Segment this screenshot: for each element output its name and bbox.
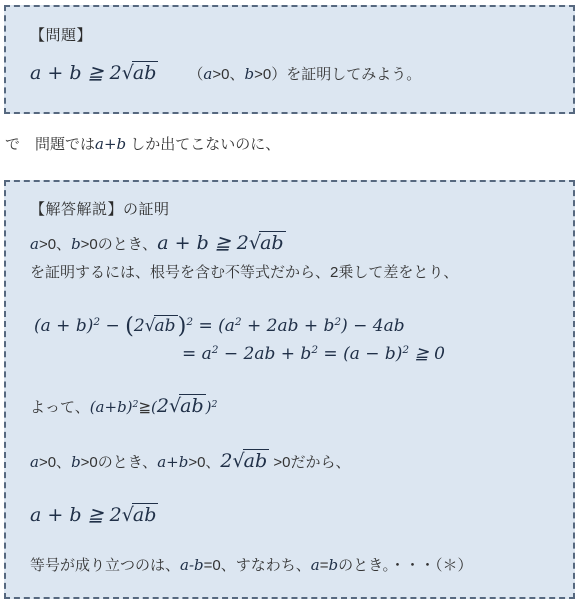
solution-line-result: a + b ≧ 2√ab [30,501,561,530]
interlude-text: で 問題ではa+b しか出てこないのに、 [5,133,579,154]
problem-formula-row: a + b ≧ 2√ab （a>0、b>0）を証明してみよう。 [30,59,559,88]
problem-box: 【問題】 a + b ≧ 2√ab （a>0、b>0）を証明してみよう。 [4,5,575,114]
solution-line-therefore: よって、(a+b)2≧(2√ab)2 [30,392,561,421]
solution-line-positive: a>0、b>0のとき、a+b>0、2√ab >0だから、 [30,447,561,476]
solution-line-given: a>0、b>0のとき、a + b ≧ 2√ab [30,229,561,258]
problem-condition: （a>0、b>0）を証明してみよう。 [188,63,421,87]
problem-title: 【問題】 [30,24,559,45]
solution-box: 【解答解説】の証明 a>0、b>0のとき、a + b ≧ 2√ab を証明するに… [4,180,575,600]
problem-formula: a + b ≧ 2√ab [30,59,158,88]
solution-equation-simplify: = a2 − 2ab + b2 = (a − b)2 ≧ 0 [182,342,561,367]
solution-equation-expand: (a + b)2 − (2√ab)2 = (a2 + 2ab + b2) − 4… [34,314,561,339]
solution-title: 【解答解説】の証明 [30,198,561,219]
solution-line-method: を証明するには、根号を含む不等式だから、2乗して差をとり、 [30,262,561,285]
solution-line-equality: 等号が成り立つのは、a-b=0、すなわち、a=bのとき。・・・（＊） [30,554,561,578]
